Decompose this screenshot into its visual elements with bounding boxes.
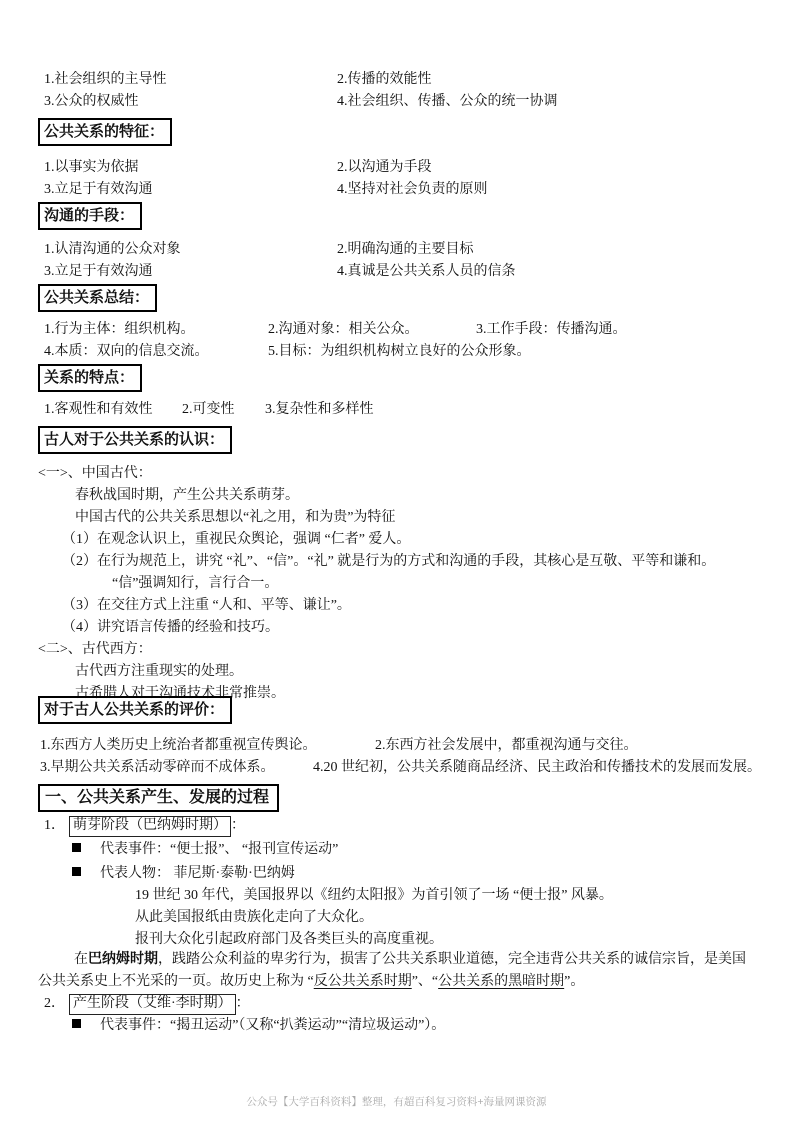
bullet-line: 代表事件：“便士报”、 “报刊宣传运动”	[38, 840, 338, 862]
list-item: 1.客观性和有效性	[44, 400, 153, 420]
heading-box: 关系的特点：	[38, 364, 142, 392]
list-item: 1.行为主体：组织机构。	[44, 320, 195, 340]
text-line: （2）在行为规范上，讲究 “礼”、“信”。“礼” 就是行为的方式和沟通的手段，其…	[38, 552, 715, 574]
stage-1-title-line: 1．萌芽阶段（巴纳姆时期）：	[38, 816, 245, 838]
bullet-text: 代表事件：“便士报”、 “报刊宣传运动”	[100, 842, 338, 857]
list-item: 3.复杂性和多样性	[265, 400, 374, 420]
paragraph-text: 在	[74, 952, 88, 967]
text-line: （1）在观念认识上，重视民众舆论，强调 “仁者” 爱人。	[38, 530, 410, 552]
square-bullet-icon	[72, 843, 81, 852]
list-item: 3.立足于有效沟通	[44, 262, 153, 282]
underlined-phrase: 反公共关系时期	[314, 974, 412, 989]
list-item: 4.20 世纪初，公共关系随商品经济、民主政治和传播技术的发展而发展。	[313, 758, 761, 778]
paragraph-line: 在巴纳姆时期，践踏公众利益的卑劣行为，损害了公共关系职业道德，完全违背公共关系的…	[38, 950, 746, 972]
list-item: 1.认清沟通的公众对象	[44, 240, 181, 260]
text-line: “信”强调知行，言行合一。	[38, 574, 278, 596]
paragraph-text: ，践踏公众利益的卑劣行为，损害了公共关系职业道德，完全违背公共关系的诚信宗旨，是…	[158, 952, 746, 967]
list-item: 2.沟通对象：相关公众。	[268, 320, 419, 340]
section-heading-summary: 公共关系总结：	[38, 284, 157, 312]
bullet-text: 代表事件：“揭丑运动”（又称“扒粪运动”“清垃圾运动”）。	[100, 1018, 445, 1033]
section-heading-process: 一、公共关系产生、发展的过程	[38, 784, 279, 812]
heading-box: 公共关系总结：	[38, 284, 157, 312]
text-line: 春秋战国时期，产生公共关系萌芽。	[38, 486, 299, 508]
section-heading-methods: 沟通的手段：	[38, 202, 142, 230]
list-item: 2.传播的效能性	[337, 70, 432, 90]
bullet-line: 代表人物： 菲尼斯·泰勒·巴纳姆	[38, 864, 295, 886]
square-bullet-icon	[72, 867, 81, 876]
text-line: <二>、古代西方：	[38, 640, 152, 662]
text-line: 从此美国报纸由贵族化走向了大众化。	[38, 908, 373, 930]
stage-2-title-line: 2．产生阶段（艾维·李时期）：	[38, 994, 250, 1016]
paragraph-line: 公共关系史上不光采的一页。故历史上称为 “反公共关系时期”、“公共关系的黑暗时期…	[38, 972, 584, 994]
text-line: 19 世纪 30 年代，美国报界以《纽约太阳报》为首引领了一场 “便士报” 风暴…	[38, 886, 613, 908]
list-item: 4.真诚是公共关系人员的信条	[337, 262, 516, 282]
heading-box: 古人对于公共关系的认识：	[38, 426, 232, 454]
document-page: 1.社会组织的主导性 2.传播的效能性 3.公众的权威性 4.社会组织、传播、公…	[0, 0, 793, 1122]
stage-title-box: 萌芽阶段（巴纳姆时期）	[69, 816, 231, 837]
page-footer: 公众号【大学百科资料】整理，有超百科复习资料+海量网课资源	[0, 1094, 793, 1109]
heading-box: 一、公共关系产生、发展的过程	[38, 784, 279, 812]
list-item: 2.明确沟通的主要目标	[337, 240, 474, 260]
text-line: 古代西方注重现实的处理。	[38, 662, 243, 684]
text-line: （4）讲究语言传播的经验和技巧。	[38, 618, 279, 640]
list-item: 4.坚持对社会负责的原则	[337, 180, 488, 200]
stage-number: 2．	[44, 996, 65, 1011]
bullet-line: 代表事件：“揭丑运动”（又称“扒粪运动”“清垃圾运动”）。	[38, 1016, 445, 1038]
paragraph-text: 公共关系史上不光采的一页。故历史上称为 “	[38, 974, 314, 989]
list-item: 4.社会组织、传播、公众的统一协调	[337, 92, 558, 112]
section-heading-features: 公共关系的特征：	[38, 118, 172, 146]
list-item: 1.以事实为依据	[44, 158, 139, 178]
text-line: 报刊大众化引起政府部门及各类巨头的高度重视。	[38, 930, 443, 952]
heading-box: 沟通的手段：	[38, 202, 142, 230]
section-heading-traits: 关系的特点：	[38, 364, 142, 392]
list-item: 1.社会组织的主导性	[44, 70, 167, 90]
stage-colon: ：	[236, 996, 250, 1011]
list-item: 2.可变性	[182, 400, 235, 420]
text-line: <一>、中国古代：	[38, 464, 152, 486]
text-line: （3）在交往方式上注重 “人和、平等、谦让”。	[38, 596, 351, 618]
list-item: 2.以沟通为手段	[337, 158, 432, 178]
square-bullet-icon	[72, 1019, 81, 1028]
list-item: 3.公众的权威性	[44, 92, 139, 112]
stage-title-box: 产生阶段（艾维·李时期）	[69, 994, 236, 1015]
bullet-text: 代表人物： 菲尼斯·泰勒·巴纳姆	[100, 866, 295, 881]
list-item: 2.东西方社会发展中，都重视沟通与交往。	[375, 736, 638, 756]
text-line: 中国古代的公共关系思想以“礼之用，和为贵”为特征	[38, 508, 395, 530]
bold-phrase: 巴纳姆时期	[88, 952, 158, 967]
underlined-phrase: 公共关系的黑暗时期	[438, 974, 564, 989]
list-item: 3.早期公共关系活动零碎而不成体系。	[40, 758, 275, 778]
stage-number: 1．	[44, 818, 65, 833]
list-item: 3.工作手段：传播沟通。	[476, 320, 627, 340]
section-heading-ancient: 古人对于公共关系的认识：	[38, 426, 232, 454]
heading-box: 对于古人公共关系的评价：	[38, 696, 232, 724]
paragraph-text: ”。	[564, 974, 584, 989]
list-item: 1.东西方人类历史上统治者都重视宣传舆论。	[40, 736, 317, 756]
list-item: 5.目标：为组织机构树立良好的公众形象。	[268, 342, 531, 362]
section-heading-evaluation: 对于古人公共关系的评价：	[38, 696, 232, 724]
list-item: 4.本质：双向的信息交流。	[44, 342, 209, 362]
stage-colon: ：	[231, 818, 245, 833]
heading-box: 公共关系的特征：	[38, 118, 172, 146]
paragraph-text: ”、“	[412, 974, 438, 989]
list-item: 3.立足于有效沟通	[44, 180, 153, 200]
